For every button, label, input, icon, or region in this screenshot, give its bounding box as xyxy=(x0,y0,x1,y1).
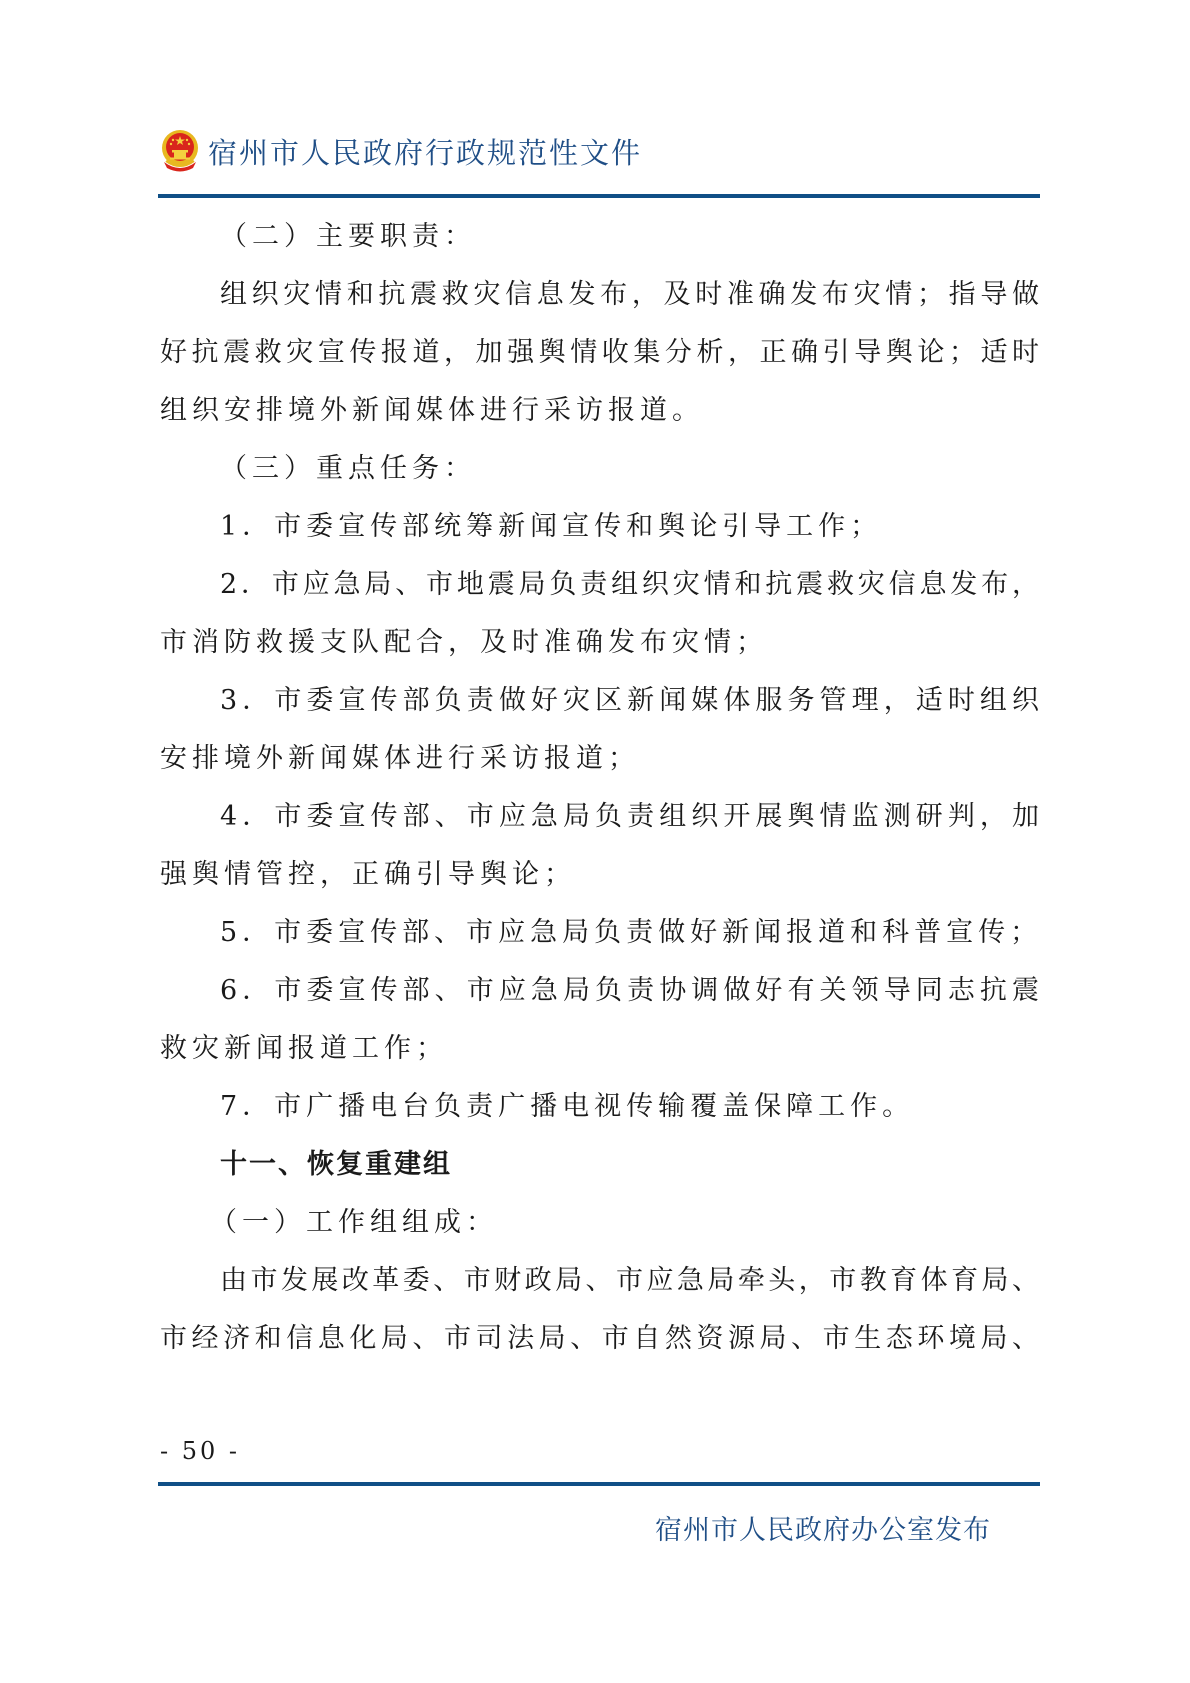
paragraph-line: 好抗震救灾宣传报道，加强舆情收集分析，正确引导舆论；适时 xyxy=(160,324,1042,382)
footer-divider xyxy=(158,1482,1040,1486)
national-emblem-icon xyxy=(160,128,200,174)
list-item: 2．市应急局、市地震局负责组织灾情和抗震救灾信息发布， xyxy=(160,556,1042,614)
section-heading: 十一、恢复重建组 xyxy=(160,1136,1042,1194)
page-number: - 50 - xyxy=(160,1437,240,1465)
list-item-continuation: 强舆情管控，正确引导舆论； xyxy=(160,846,1042,904)
paragraph-line: 市经济和信息化局、市司法局、市自然资源局、市生态环境局、 xyxy=(160,1310,1042,1368)
subheading: （三）重点任务： xyxy=(160,440,1042,498)
publisher-footer: 宿州市人民政府办公室发布 xyxy=(655,1508,991,1547)
document-header: 宿州市人民政府行政规范性文件 xyxy=(160,128,642,174)
subheading: （二）主要职责： xyxy=(160,208,1042,266)
list-item: 3．市委宣传部负责做好灾区新闻媒体服务管理，适时组织 xyxy=(160,672,1042,730)
document-body: （二）主要职责： 组织灾情和抗震救灾信息发布，及时准确发布灾情；指导做 好抗震救… xyxy=(160,208,1042,1368)
list-item: 4．市委宣传部、市应急局负责组织开展舆情监测研判，加 xyxy=(160,788,1042,846)
list-item: 7．市广播电台负责广播电视传输覆盖保障工作。 xyxy=(160,1078,1042,1136)
list-item-continuation: 安排境外新闻媒体进行采访报道； xyxy=(160,730,1042,788)
header-title: 宿州市人民政府行政规范性文件 xyxy=(208,131,642,172)
list-item: 1．市委宣传部统筹新闻宣传和舆论引导工作； xyxy=(160,498,1042,556)
paragraph-line: 由市发展改革委、市财政局、市应急局牵头，市教育体育局、 xyxy=(160,1252,1042,1310)
paragraph-line: 组织安排境外新闻媒体进行采访报道。 xyxy=(160,382,1042,440)
subheading: （一）工作组组成： xyxy=(160,1194,1042,1252)
list-item-continuation: 市消防救援支队配合，及时准确发布灾情； xyxy=(160,614,1042,672)
list-item-continuation: 救灾新闻报道工作； xyxy=(160,1020,1042,1078)
list-item: 6．市委宣传部、市应急局负责协调做好有关领导同志抗震 xyxy=(160,962,1042,1020)
list-item: 5．市委宣传部、市应急局负责做好新闻报道和科普宣传； xyxy=(160,904,1042,962)
header-divider xyxy=(158,194,1040,198)
paragraph-line: 组织灾情和抗震救灾信息发布，及时准确发布灾情；指导做 xyxy=(160,266,1042,324)
